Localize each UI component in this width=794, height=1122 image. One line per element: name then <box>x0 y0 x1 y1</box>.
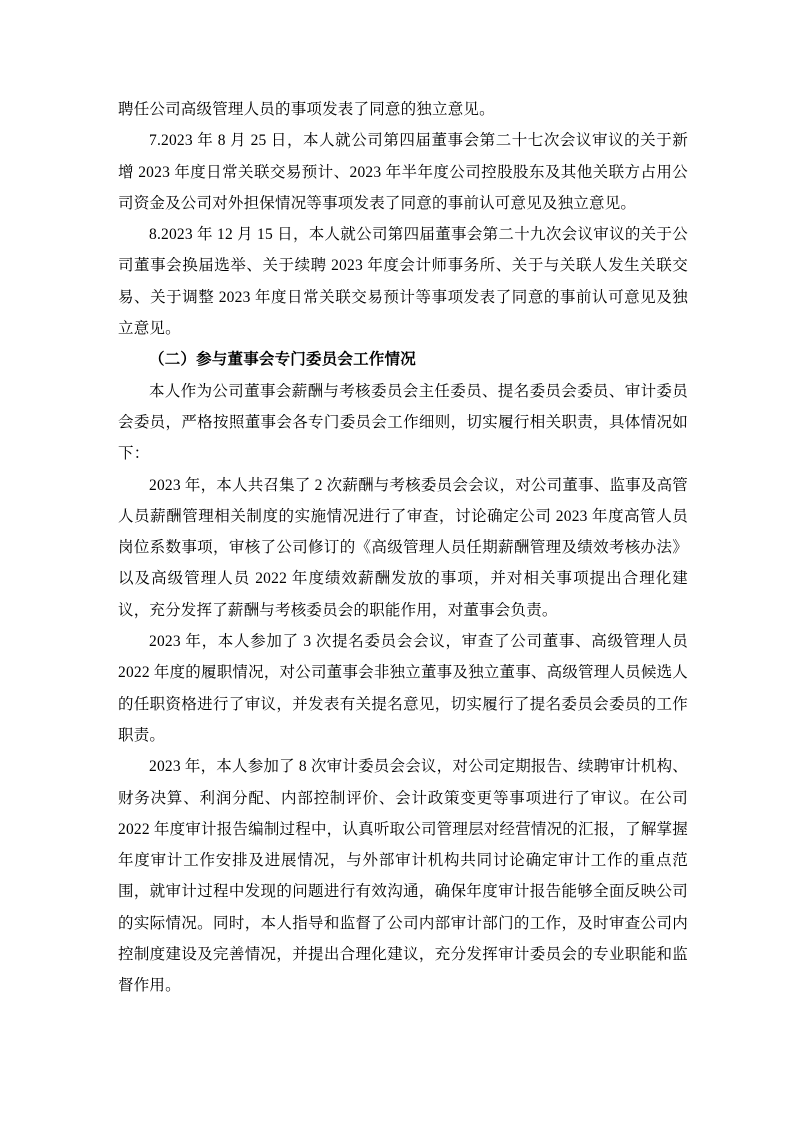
paragraph-audit-committee: 2023 年，本人参加了 8 次审计委员会会议，对公司定期报告、续聘审计机构、财… <box>118 751 688 1001</box>
paragraph-nomination-committee: 2023 年，本人参加了 3 次提名委员会会议，审查了公司董事、高级管理人员 2… <box>118 626 688 751</box>
document-page: 聘任公司高级管理人员的事项发表了同意的独立意见。 7.2023 年 8 月 25… <box>0 0 794 1122</box>
paragraph-item-7: 7.2023 年 8 月 25 日，本人就公司第四届董事会第二十七次会议审议的关… <box>118 125 688 219</box>
document-content: 聘任公司高级管理人员的事项发表了同意的独立意见。 7.2023 年 8 月 25… <box>118 94 688 1002</box>
section-heading-committee-work: （二）参与董事会专门委员会工作情况 <box>118 344 688 375</box>
paragraph-remuneration-committee: 2023 年，本人共召集了 2 次薪酬与考核委员会会议，对公司董事、监事及高管人… <box>118 470 688 626</box>
paragraph-continuation: 聘任公司高级管理人员的事项发表了同意的独立意见。 <box>118 94 688 125</box>
paragraph-item-8: 8.2023 年 12 月 15 日，本人就公司第四届董事会第二十九次会议审议的… <box>118 219 688 344</box>
paragraph-committee-intro: 本人作为公司董事会薪酬与考核委员会主任委员、提名委员会委员、审计委员会委员，严格… <box>118 376 688 470</box>
